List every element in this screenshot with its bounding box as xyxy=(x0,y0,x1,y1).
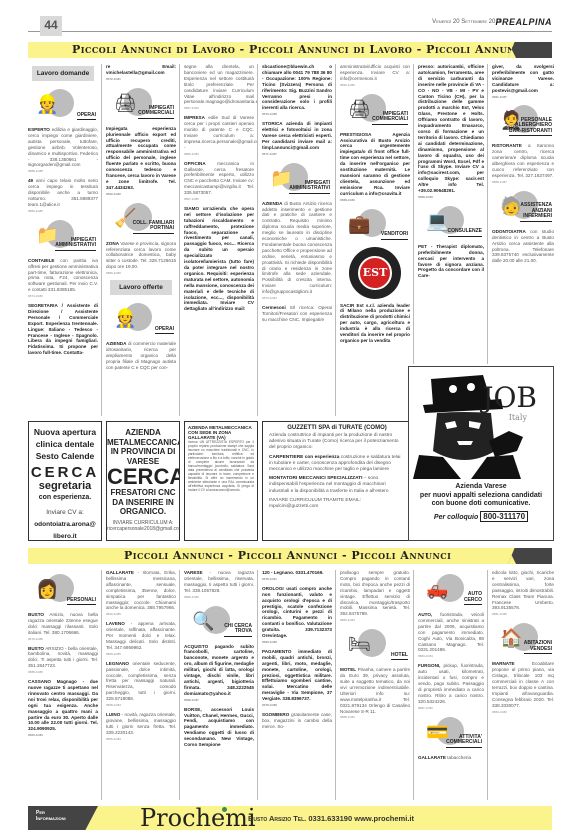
ad-text: giver, da svolgersi preferibilmente con … xyxy=(492,64,554,100)
category-impiegati-amministrativi: 📁IMPIEGATI AMMINISTRATIVI xyxy=(262,161,332,197)
prochemi-logo: Prochemi xyxy=(140,806,256,830)
banner-tab xyxy=(508,42,552,58)
category-chi-cerca-trova: 🔍CHI CERCA TROVA xyxy=(184,604,254,640)
footer-info-tab: PerInformazioni xyxy=(28,806,98,830)
ad-text: ODONTOIATRA con studio dentistico in cen… xyxy=(492,229,554,264)
annunci-column-7: edicola lotto, giochi, ricariche e servi… xyxy=(492,570,554,800)
ad-job-italy: JOB Italy Azienda Varese per nuovi appal… xyxy=(408,366,554,541)
job-logo: JOB xyxy=(482,381,537,414)
ad-text: PRESTIGIOSA Agenzia Assicurativa di Bust… xyxy=(340,132,410,204)
ad-text: VARESE - nuova ragazza orientale, bellis… xyxy=(184,570,254,601)
banner-title: Piccoli Annunci di Lavoro - Piccoli Annu… xyxy=(72,43,552,56)
ad-text: BORSE, accessori Louis Vuitton, Chanel, … xyxy=(184,707,254,748)
ad-text: OFFICINA meccanica in Gallarate, cerca f… xyxy=(184,161,254,203)
lavoro-column-6: presso: autoricambi, officine auto/camio… xyxy=(418,64,488,364)
worker-icon: 👷 xyxy=(114,307,138,329)
ad-text: SIAMO un'azienda che opera nel settore d… xyxy=(184,206,254,312)
ad-text: RISTORANTE a Saronno zona centro, ricerc… xyxy=(492,143,554,185)
category-impiegati-commerciali: 🖨IMPIEGATI COMMERCIALI xyxy=(106,86,176,122)
category-operai: 👷OPERAI xyxy=(28,87,98,123)
ad-text: SGOMBERO gratuitamente case, box, magazz… xyxy=(262,712,332,730)
category-personali: 👩PERSONALI xyxy=(28,572,98,608)
salesman-icon: 💼 xyxy=(348,213,372,235)
ad-text: CASSANO Magnago - due nuove ragazze ti a… xyxy=(28,679,98,739)
ad-text: GALLARATE tabaccheria xyxy=(418,755,484,761)
banner-piccoli-annunci-lavoro: Piccoli Annunci di Lavoro - Piccoli Annu… xyxy=(28,42,552,58)
ad-text: PAGAMENTO immediato di mobili, quadri an… xyxy=(262,649,332,709)
ad-text: OROLOGI usati compro anche non funzionan… xyxy=(262,586,332,646)
desk-icon: 💻 xyxy=(426,210,450,232)
annunci-column-5: pralluogo sempre gratuito. Compro pagand… xyxy=(340,570,414,800)
category-coll-familiari: 🧹COLL. FAMILIARI PORTINAI xyxy=(106,201,176,237)
ad-text: re Email: vmichelastella@gmail.com0572-1… xyxy=(106,64,176,83)
category-attivita-commerciali: 💳ATTIVITA' COMMERCIALI xyxy=(418,715,484,751)
ad-text: SEGRETARIA / Assistente di Direzione / A… xyxy=(28,303,98,356)
worker-icon: 👷 xyxy=(36,93,60,115)
ad-guzzetti: GUZZETTI SPA di TURATE (COMO) Azienda co… xyxy=(262,421,412,541)
section-lavoro-domande: Lavoro domande xyxy=(32,66,94,81)
ad-metalmeccanica-varese: AZIENDA METALMECCANICA IN PROVINCIA DI V… xyxy=(106,421,180,541)
category-impiegati-amministrativi: 📁IMPIEGATI AMMINISTRATIVI xyxy=(28,218,98,254)
ad-text: PET - Therapist diplomato, preferibilmen… xyxy=(418,244,484,279)
ad-text: MOTEL Piranha, camere a partire da Euro … xyxy=(340,667,410,721)
cash-register-icon: 🖨 xyxy=(348,98,372,120)
category-assistenza-anziani: 🧓ASSISTENZA ANZIANI INFERMIERI xyxy=(492,189,554,225)
annunci-column-1: 👩PERSONALI BUSTO Arsizio, nuova bella ra… xyxy=(28,570,102,800)
lavoro-column-7: giver, da svolgersi preferibilmente con … xyxy=(492,64,554,364)
ad-text: AZIENDA di Busto Arsizio ricerca addetto… xyxy=(262,201,332,302)
lavoro-column-3: segne alla clientela, un banconiere ed u… xyxy=(184,64,258,416)
ad-text: CONTABILE con partita iva offresi per ge… xyxy=(28,258,98,300)
ad-text: segne alla clientela, un banconiere ed u… xyxy=(184,64,254,112)
ad-clinica-dentale: Nuova apertura clinica dentale Sesto Cal… xyxy=(28,421,102,541)
category-consulenze: 💻CONSULENZE xyxy=(418,204,484,240)
banner-title: Piccoli Annunci - Piccoli Annunci - Picc… xyxy=(124,549,451,562)
uncle-sam-poster: JOB Italy xyxy=(413,371,549,479)
ad-text: Cermesoni Srl ricerca: Operai Tornitori/… xyxy=(262,305,332,323)
ad-metalmeccanica-gallarate: AZIENDA METALMECCANICA CON SEDE IN ZONA … xyxy=(184,421,258,541)
woman-icon: 👩 xyxy=(36,578,60,600)
annunci-column-4: 120 - Legnano. 0331.470169.0578-1C81 ORO… xyxy=(262,570,336,800)
ad-text: AUTO, fuoristrada, veicoli commerciali, … xyxy=(418,612,484,660)
ad-text: FURGONI, pickup, fuoristrada, auto usati… xyxy=(418,663,484,711)
ad-text: IMPRESA edile Sud di Varese cerca per i … xyxy=(184,115,254,157)
footer-contact: Busto Arsizio Tel. 0331.633190 www.proch… xyxy=(248,814,414,823)
lavoro-column-1: Lavoro domande 👷OPERAI ESPERTO edilizia … xyxy=(28,64,102,416)
footer-prochemi: PerInformazioni Prochemi Busto Arsizio T… xyxy=(28,806,552,830)
ad-text: LUINO - novità, ragazza orientale, giova… xyxy=(106,712,176,743)
issue-date: Venerdì 20 Settembre 2019 xyxy=(432,19,502,25)
footer-phone: 0331.633190 xyxy=(308,814,352,823)
pickup-truck-icon: 🛻 xyxy=(426,578,450,600)
footer-website: www.prochemi.it xyxy=(354,814,414,823)
ad-text: pralluogo sempre gratuito. Compro pagand… xyxy=(340,570,410,624)
annunci-column-6: 🛻AUTO CERCO AUTO, fuoristrada, veicoli c… xyxy=(418,570,488,800)
est-logo: EST xyxy=(349,247,401,299)
ad-text: 120 - Legnano. 0331.470169.0578-1C81 xyxy=(262,570,332,583)
magnifier-icon: 🔍 xyxy=(192,610,216,632)
page-number: 44 xyxy=(40,16,62,36)
lavoro-column-2: re Email: vmichelastella@gmail.com0572-1… xyxy=(106,64,180,416)
lavoro-column-5: amministrativi/ufficio acquisti con espe… xyxy=(340,64,414,364)
ad-text: BUSTO ARSIZIO - bella orientale, bamboli… xyxy=(28,646,98,677)
category-hotel: 🛏HOTEL xyxy=(340,627,410,663)
house-icon: 🏠 xyxy=(500,627,524,649)
ad-text: edicola lotto, giochi, ricariche e servi… xyxy=(492,570,554,618)
logo-dot-icon xyxy=(222,807,227,812)
ad-text: Impiegata esperienza pluriennale ufficio… xyxy=(106,126,176,198)
ad-text: GALLARATE - ritornata, Erika, bellissima… xyxy=(106,570,176,618)
ad-text: sbcastione@bluewin.ch o chiamare allo 00… xyxy=(262,64,332,118)
category-operai: 👷OPERAI xyxy=(106,301,176,337)
category-personale-alberghiero: 🤵PERSONALE ALBERGHIERO BAR-RISTORANTI xyxy=(492,103,554,139)
section-lavoro-offerte: Lavoro offerte xyxy=(110,280,172,295)
ad-text: LAVENO - appena arrivata, orientale, raf… xyxy=(106,621,176,657)
category-impiegati-commerciali: 🖨IMPIEGATI COMMERCIALI xyxy=(340,92,410,128)
cash-register-icon: 🖨 xyxy=(114,92,138,114)
banner-tab xyxy=(508,548,552,564)
ad-text: SACIR Est s.r.l. azienda leader di Milan… xyxy=(340,303,410,344)
bed-icon: 🛏 xyxy=(348,633,372,655)
ad-text: ESPERTO edilizia e giardinaggio, cerco i… xyxy=(28,127,98,175)
page-header: 44 Venerdì 20 Settembre 2019 PREALPINA xyxy=(28,12,552,32)
category-auto-cerco: 🛻AUTO CERCO xyxy=(418,572,484,608)
phone-number: 800-311170 xyxy=(480,511,528,522)
ad-text: ACQUISTO pagando subito francobolli, car… xyxy=(184,644,254,704)
ad-text: presso: autoricambi, officine auto/camio… xyxy=(418,64,484,201)
ad-text: 49 anni capo telaio molto serio cerca im… xyxy=(28,178,98,214)
ad-text: AZIENDA di commercio materiale idrosanit… xyxy=(106,341,176,371)
ad-text: MARNATE Ecoabitare propone al primo pian… xyxy=(492,661,554,715)
annunci-column-3: VARESE - nuova ragazza orientale, bellis… xyxy=(184,570,258,800)
category-abitazioni-vendesi: 🏠ABITAZIONI VENDESI xyxy=(492,621,554,657)
ad-text: LEGNANO orientale seducente, passionale,… xyxy=(106,661,176,709)
annunci-column-2: GALLARATE - ritornata, Erika, bellissima… xyxy=(106,570,180,800)
ad-text: STORICA azienda di impianti elettrici e … xyxy=(262,121,332,157)
ad-text: ZONA Varese e provincia, signora referen… xyxy=(106,241,176,277)
banner-piccoli-annunci: Piccoli Annunci - Piccoli Annunci - Picc… xyxy=(28,548,552,564)
ad-text: BUSTO Arsizio, nuova bella ragazza orien… xyxy=(28,612,98,643)
newspaper-brand: PREALPINA xyxy=(495,17,552,27)
lavoro-column-4: sbcastione@bluewin.ch o chiamare allo 00… xyxy=(262,64,336,416)
category-venditori: 💼VENDITORI xyxy=(340,207,410,243)
ad-text: amministrativi/ufficio acquisti con espe… xyxy=(340,64,410,89)
